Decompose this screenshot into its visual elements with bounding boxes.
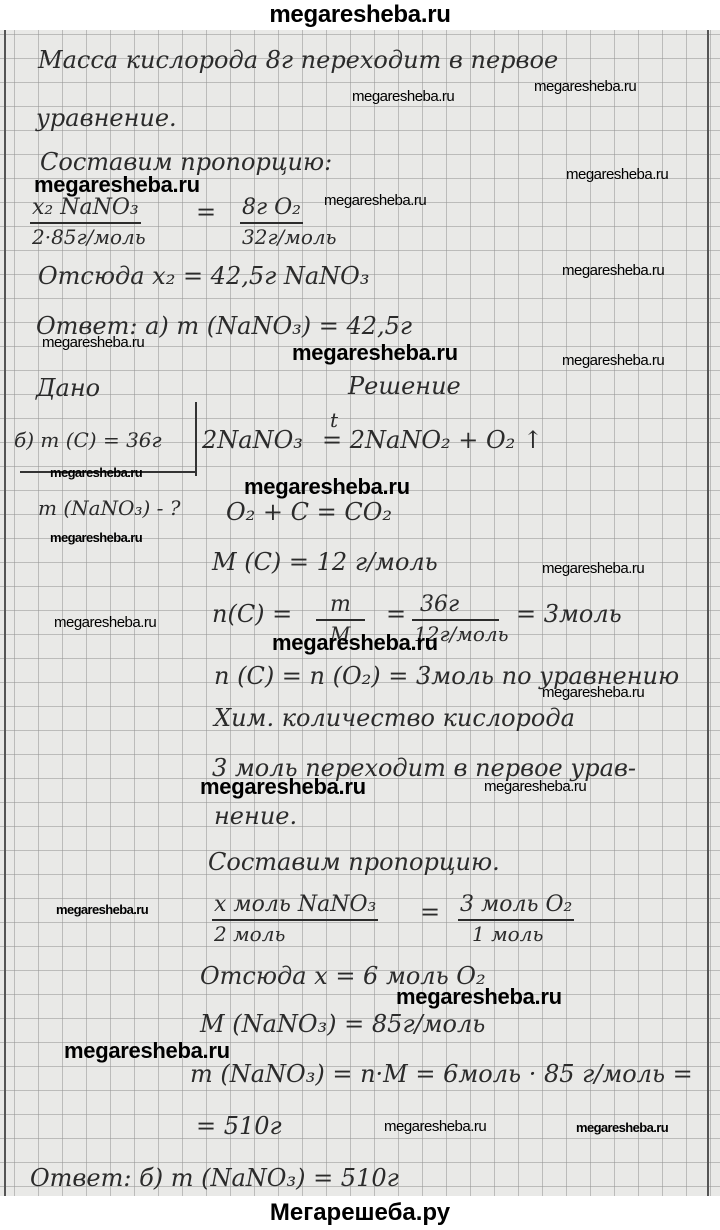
- mass-result: = 510г: [196, 1112, 282, 1140]
- n-carbon-fraction-1-numerator: m: [316, 592, 365, 621]
- watermark: megaresheba.ru: [54, 614, 156, 631]
- n-carbon-equals: =: [386, 600, 406, 628]
- proportion-2-left-numerator: x моль NaNO₃: [212, 892, 378, 921]
- proportion-2-right-denominator: 1 моль: [458, 921, 545, 946]
- watermark: megaresheba.ru: [56, 902, 148, 917]
- watermark: megaresheba.ru: [42, 334, 144, 351]
- watermark: megaresheba.ru: [396, 984, 562, 1010]
- text-line-1: Масса кислорода 8г переходит в первое: [38, 46, 558, 74]
- proportion-label-2: Составим пропорцию.: [208, 848, 500, 876]
- proportion-2-left-denominator: 2 моль: [212, 921, 287, 946]
- proportion-1-equals: =: [196, 198, 216, 226]
- left-margin-line: [4, 30, 6, 1196]
- watermark: megaresheba.ru: [34, 172, 200, 198]
- proportion-2-equals: =: [420, 898, 440, 926]
- molar-mass-nano3: M (NaNO₃) = 85г/моль: [200, 1010, 485, 1038]
- text-line-2: уравнение.: [36, 104, 177, 132]
- molar-mass-carbon: M (C) = 12 г/моль: [212, 548, 438, 576]
- mass-calculation: m (NaNO₃) = n·M = 6моль · 85 г/моль =: [190, 1060, 693, 1088]
- site-header: megaresheba.ru: [0, 0, 720, 30]
- chem-amount-label: Хим. количество кислорода: [214, 704, 575, 732]
- watermark: megaresheba.ru: [324, 192, 426, 209]
- watermark: megaresheba.ru: [566, 166, 668, 183]
- right-margin-line: [707, 30, 709, 1196]
- text-3mol-line-b: нение.: [214, 802, 297, 830]
- answer-b: Ответ: б) m (NaNO₃) = 510г: [30, 1164, 399, 1192]
- watermark: megaresheba.ru: [542, 684, 644, 701]
- watermark: megaresheba.ru: [352, 88, 454, 105]
- given-divider-vertical: [195, 402, 197, 476]
- n-carbon-fraction-2-numerator: 36г: [412, 592, 499, 621]
- site-footer: Мегарешеба.ру: [0, 1196, 720, 1230]
- watermark: megaresheba.ru: [292, 340, 458, 366]
- watermark: megaresheba.ru: [562, 262, 664, 279]
- notebook-page: Масса кислорода 8г переходит в первое ур…: [0, 30, 720, 1196]
- proportion-1-right-denominator: 32г/моль: [240, 224, 339, 249]
- proportion-1-right-numerator: 8г O₂: [240, 195, 303, 224]
- watermark: megaresheba.ru: [534, 78, 636, 95]
- n-carbon-result: = 3моль: [516, 600, 622, 628]
- reaction-2: O₂ + C = CO₂: [226, 498, 392, 526]
- watermark: megaresheba.ru: [576, 1120, 668, 1135]
- reaction-1-rhs: = 2NaNO₂ + O₂ ↑: [322, 426, 543, 454]
- proportion-2-right: 3 моль O₂ 1 моль: [458, 892, 574, 946]
- n-carbon-lhs: n(C) =: [212, 600, 292, 628]
- watermark: megaresheba.ru: [542, 560, 644, 577]
- given-b: б) m (C) = 36г: [14, 426, 162, 454]
- watermark: megaresheba.ru: [200, 774, 366, 800]
- reaction-1-lhs: 2NaNO₃: [202, 426, 303, 454]
- watermark: megaresheba.ru: [272, 630, 438, 656]
- proportion-2-left: x моль NaNO₃ 2 моль: [212, 892, 378, 946]
- watermark: megaresheba.ru: [64, 1038, 230, 1064]
- watermark: megaresheba.ru: [50, 465, 142, 480]
- watermark: megaresheba.ru: [244, 474, 410, 500]
- watermark: megaresheba.ru: [384, 1118, 486, 1135]
- proportion-1-left-denominator: 2·85г/моль: [30, 224, 148, 249]
- watermark: megaresheba.ru: [50, 530, 142, 545]
- solution-label: Решение: [348, 372, 461, 400]
- watermark: megaresheba.ru: [562, 352, 664, 369]
- find-b: m (NaNO₃) - ?: [38, 494, 180, 522]
- proportion-2-right-numerator: 3 моль O₂: [458, 892, 574, 921]
- given-label: Дано: [36, 374, 100, 402]
- result-1: Отсюда x₂ = 42,5г NaNO₃: [38, 262, 369, 290]
- watermark: megaresheba.ru: [484, 778, 586, 795]
- proportion-1-left: x₂ NaNO₃ 2·85г/моль: [30, 195, 148, 249]
- proportion-1-left-numerator: x₂ NaNO₃: [30, 195, 141, 224]
